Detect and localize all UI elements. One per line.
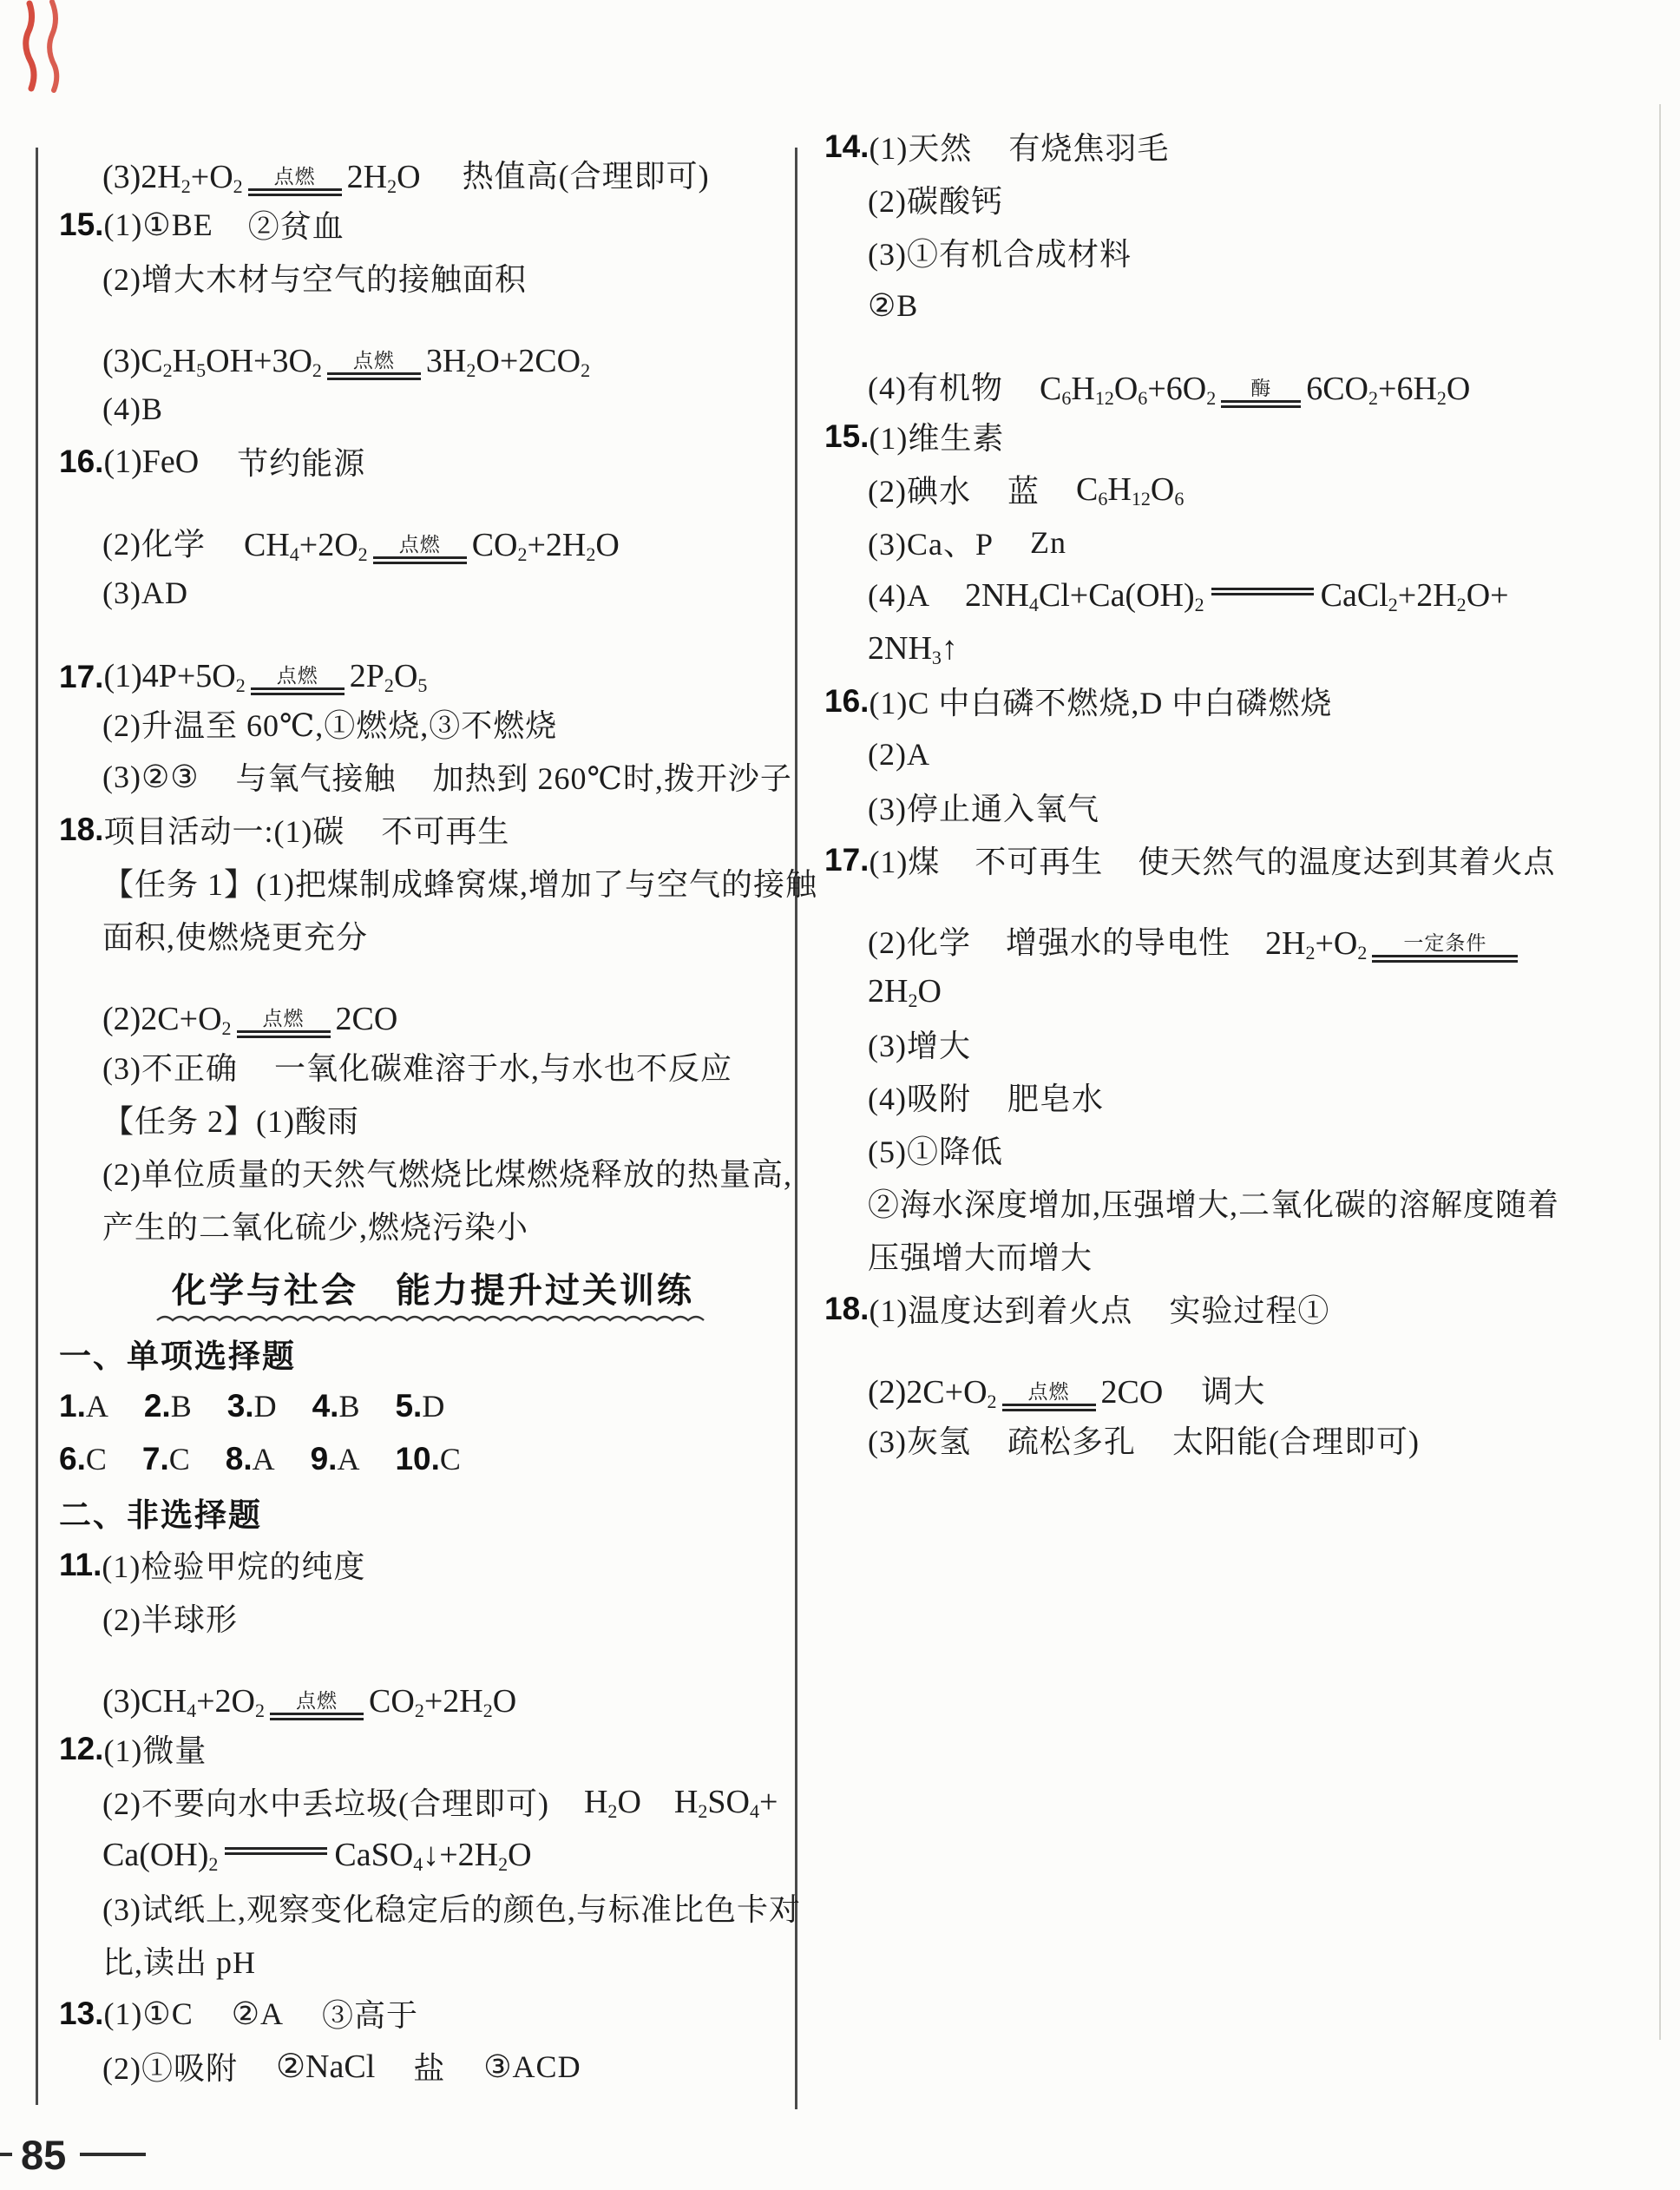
answer-line: (3)AD — [59, 566, 807, 619]
answer-line: 15.(1)①BE②贫血 — [59, 198, 807, 251]
reaction-condition-label: 点燃 — [274, 166, 316, 188]
answer-line: 17.(1)煤不可再生使天然气的温度达到其着火点 — [824, 833, 1657, 886]
answer-text: (2)单位质量的天然气燃烧比煤燃烧释放的热量高, — [102, 1150, 792, 1194]
answer-line: (2)增大木材与空气的接触面积 — [59, 251, 807, 304]
answer-text: (4)吸附 — [868, 1075, 971, 1119]
answer-text: 与氧气接触 — [236, 754, 397, 799]
equals-with-condition: 点燃 — [1002, 1381, 1096, 1411]
answer-line: (3)试纸上,观察变化稳定后的颜色,与标准比色卡对 — [59, 1881, 807, 1934]
answer-text: 肥皂水 — [1007, 1075, 1104, 1119]
chemical-formula: 2CO — [1101, 1373, 1164, 1411]
answer-text: 蓝 — [1007, 467, 1040, 511]
page-footer: 85 — [0, 2128, 146, 2180]
chemical-formula: ②NaCl — [276, 2047, 375, 2086]
answer-line: (2)不要向水中丢垃圾(合理即可)H2OH2SO4+ — [59, 1775, 807, 1828]
answer-line: ②B — [824, 279, 1657, 332]
chemical-formula: CaSO4↓+2H2O — [334, 1836, 531, 1874]
subscript: 5 — [196, 359, 206, 381]
reaction-condition-label: 一定条件 — [1403, 932, 1486, 955]
answer-text: 产生的二氧化硫少,燃烧污染小 — [102, 1203, 528, 1247]
reaction-condition-label: 酶 — [1250, 378, 1271, 400]
answer-line: (3)Ca、PZn — [824, 516, 1657, 569]
answer-line: (2)碘水蓝C6H12O6 — [824, 463, 1657, 516]
question-number: 10. — [395, 1441, 439, 1477]
answer-text: D — [254, 1388, 278, 1424]
reaction-condition-label: 点燃 — [353, 350, 395, 372]
page-edge-rule — [1659, 104, 1661, 2040]
question-number: 5. — [395, 1388, 422, 1424]
double-line-equals — [225, 1847, 327, 1855]
subscript: 6 — [1098, 488, 1107, 510]
double-line-equals — [1211, 588, 1314, 595]
subscript: 2 — [222, 1017, 232, 1039]
answer-text: (1)①C — [103, 1996, 193, 2032]
chemical-formula: (2)2C+O2 — [102, 1000, 232, 1038]
answer-text: ②B — [868, 287, 918, 324]
double-line-equals — [1372, 955, 1518, 963]
question-number: 8. — [226, 1441, 253, 1477]
subscript: 2 — [483, 1700, 493, 1721]
chemical-formula: 2H2O — [347, 158, 421, 196]
answer-line: 11.(1)检验甲烷的纯度 — [59, 1538, 807, 1591]
answer-text: 实验过程① — [1169, 1286, 1329, 1331]
reaction-condition-label: 点燃 — [277, 665, 318, 687]
left-column: (3)2H2+O2点燃2H2O热值高(合理即可)15.(1)①BE②贫血(2)增… — [59, 120, 807, 2093]
answer-text: ③ACD — [483, 2049, 581, 2085]
answer-text: 调大 — [1201, 1367, 1265, 1411]
answer-text: (4)B — [102, 391, 163, 427]
equals-with-condition — [225, 1847, 327, 1855]
answer-line: 13.(1)①C②A③高于 — [59, 1987, 807, 2040]
question-number: 3. — [227, 1388, 254, 1424]
answer-line: 【任务 1】(1)把煤制成蜂窝煤,增加了与空气的接触 — [59, 856, 807, 909]
equals-with-condition: 点燃 — [373, 534, 467, 564]
answer-line: (2)化学CH4+2O2点燃CO2+2H2O — [59, 488, 807, 566]
answer-line: (2)半球形 — [59, 1591, 807, 1644]
answer-text: (3)②③ — [102, 759, 200, 795]
double-line-equals — [251, 687, 345, 695]
answer-text: (2)化学 — [102, 520, 206, 564]
answer-text: (1)天然 — [869, 124, 972, 168]
section-label: 一、单项选择题 — [59, 1330, 296, 1377]
subscript: 2 — [358, 543, 368, 565]
chemical-formula: Ca(OH)2 — [102, 1836, 218, 1874]
answer-text: (3)增大 — [868, 1022, 971, 1066]
answer-text: (3)停止通入氧气 — [868, 785, 1099, 829]
answer-text: 压强增大而增大 — [868, 1233, 1093, 1278]
answer-line: (4)A2NH4Cl+Ca(OH)2CaCl2+2H2O+ — [824, 569, 1657, 621]
answer-line: (3)不正确一氧化碳难溶于水,与水也不反应 — [59, 1040, 807, 1093]
wavy-underline — [155, 1314, 711, 1326]
section-label: 二、非选择题 — [59, 1489, 262, 1536]
question-number: 9. — [311, 1441, 338, 1477]
subscript: 2 — [1388, 594, 1398, 615]
question-number: 18. — [824, 1291, 869, 1327]
subscript: 2 — [466, 359, 476, 381]
answer-text: C — [169, 1441, 191, 1477]
answer-line: 比,读出 pH — [59, 1934, 807, 1987]
equals-with-condition: 点燃 — [237, 1008, 331, 1038]
chemical-formula: 2NH3↑ — [868, 629, 958, 668]
answer-line: (2)2C+O2点燃2CO调大 — [824, 1335, 1657, 1413]
subscript: 2 — [581, 359, 590, 381]
chemical-formula: H2O — [584, 1783, 641, 1821]
chemical-formula: C6H12O6 — [1076, 470, 1184, 509]
answer-text: (2)化学 — [868, 918, 971, 963]
double-line-equals — [1221, 400, 1301, 408]
question-number: 16. — [59, 444, 103, 480]
answer-text: (4)有机物 — [868, 364, 1003, 408]
equals-with-condition: 点燃 — [270, 1690, 364, 1720]
chemical-formula: (1)4P+5O2 — [103, 657, 245, 695]
double-line-equals — [1002, 1404, 1096, 1411]
answer-text: 【任务 1】(1)把煤制成蜂窝煤,增加了与空气的接触 — [102, 860, 817, 904]
double-line-equals — [270, 1713, 364, 1720]
answer-text: (4)A — [868, 577, 930, 614]
answer-text: 【任务 2】(1)酸雨 — [102, 1097, 359, 1141]
subscript: 2 — [908, 990, 917, 1011]
answer-line: 18.项目活动一:(1)碳不可再生 — [59, 803, 807, 856]
answer-text: (2)碘水 — [868, 467, 971, 511]
answer-key-page: (3)2H2+O2点燃2H2O热值高(合理即可)15.(1)①BE②贫血(2)增… — [0, 0, 1680, 2190]
question-number: 12. — [59, 1731, 103, 1767]
subscript: 2 — [236, 674, 246, 696]
answer-text: (1)①BE — [103, 207, 213, 243]
answer-text: ②海水深度增加,压强增大,二氧化碳的溶解度随着 — [868, 1180, 1559, 1225]
answer-text: (2)碳酸钙 — [868, 177, 1003, 221]
subscript: 2 — [384, 674, 394, 696]
answer-text: C — [86, 1441, 108, 1477]
subscript: 4 — [290, 543, 299, 565]
chemical-formula: CH4+2O2 — [244, 526, 368, 564]
subscript: 2 — [181, 175, 191, 197]
answer-text: 面积,使燃烧更充分 — [102, 913, 368, 957]
answer-text: 疏松多孔 — [1007, 1417, 1136, 1462]
subscript: 4 — [1029, 594, 1039, 615]
answer-line: 17.(1)4P+5O2点燃2P2O5 — [59, 619, 807, 697]
chemical-formula: 6CO2+6H2O — [1306, 370, 1470, 408]
subscript: 2 — [1368, 387, 1378, 409]
left-margin-rule — [36, 148, 38, 2105]
chemical-formula: (3)CH4+2O2 — [102, 1682, 265, 1720]
answer-line: Ca(OH)2CaSO4↓+2H2O — [59, 1828, 807, 1881]
answer-line: (3)灰氢疏松多孔太阳能(合理即可) — [824, 1413, 1657, 1466]
answer-text: (3)AD — [102, 575, 188, 611]
answer-text: C — [440, 1441, 462, 1477]
answer-text: Zn — [1030, 524, 1066, 561]
question-number: 14. — [824, 128, 869, 165]
answer-text: (2)①吸附 — [102, 2044, 238, 2088]
page-number: 85 — [21, 2131, 66, 2179]
subscript: 2 — [517, 543, 527, 565]
subscript: 2 — [387, 175, 397, 197]
answer-text: (1)煤 — [869, 838, 940, 882]
chemical-formula: CO2+2H2O — [369, 1682, 516, 1720]
answer-line: (4)有机物C6H12O6+6O2酶6CO2+6H2O — [824, 332, 1657, 410]
answer-text: 比,读出 pH — [102, 1938, 256, 1983]
answer-line: 16.(1)FeO节约能源 — [59, 435, 807, 488]
answer-text: (2)半球形 — [102, 1595, 238, 1640]
subscript: 2 — [988, 1391, 997, 1412]
subscript: 2 — [698, 1800, 707, 1822]
answer-line: 16.(1)C 中白磷不燃烧,D 中白磷燃烧 — [824, 674, 1657, 727]
subscript: 2 — [586, 543, 595, 565]
reaction-condition-label: 点燃 — [399, 534, 441, 556]
answer-line: (4)B — [59, 382, 807, 435]
subscript: 4 — [413, 1853, 423, 1875]
answer-line: 【任务 2】(1)酸雨 — [59, 1093, 807, 1146]
answer-text: (1)检验甲烷的纯度 — [102, 1542, 365, 1587]
answer-line: (3)C2H5OH+3O2点燃3H2O+2CO2 — [59, 304, 807, 382]
answer-line: (3)CH4+2O2点燃CO2+2H2O — [59, 1644, 807, 1722]
subscript: 6 — [1138, 387, 1147, 409]
subscript: 5 — [417, 674, 427, 696]
question-number: 2. — [144, 1388, 171, 1424]
answer-text: 使天然气的温度达到其着火点 — [1138, 838, 1555, 882]
answer-line: (2)A — [824, 727, 1657, 780]
answer-text: (5)①降低 — [868, 1128, 1003, 1172]
answer-line: (3)①有机合成材料 — [824, 226, 1657, 279]
answer-line: (2)化学增强水的导电性2H2+O2一定条件 — [824, 886, 1657, 964]
subscript: 2 — [498, 1853, 508, 1875]
answer-text: A — [86, 1388, 109, 1424]
chemical-formula: 3H2O+2CO2 — [426, 342, 590, 380]
answer-line: (5)①降低 — [824, 1123, 1657, 1176]
subscript: 6 — [1061, 387, 1071, 409]
answer-text: 有烧焦羽毛 — [1008, 124, 1169, 168]
double-line-equals — [237, 1030, 331, 1038]
chemical-formula: (2)2C+O2 — [868, 1373, 997, 1411]
question-number: 7. — [142, 1441, 169, 1477]
double-line-equals — [373, 556, 467, 564]
section-heading: 化学与社会 能力提升过关训练 — [59, 1252, 807, 1326]
subscript: 4 — [750, 1800, 759, 1822]
subscript: 6 — [1174, 488, 1184, 510]
footer-dash-right — [80, 2153, 146, 2156]
answer-text: (3)试纸上,观察变化稳定后的颜色,与标准比色卡对 — [102, 1885, 801, 1930]
answer-text: (2)不要向水中丢垃圾(合理即可) — [102, 1779, 549, 1824]
chemical-formula: 2P2O5 — [350, 657, 428, 695]
subscript: 4 — [187, 1700, 196, 1721]
subscript: 2 — [1357, 942, 1367, 963]
answer-line: 一、单项选择题 — [59, 1326, 807, 1379]
chemical-formula: 2NH4Cl+Ca(OH)2 — [965, 576, 1204, 615]
answer-text: (3)不正确 — [102, 1044, 238, 1088]
answer-line: 15.(1)维生素 — [824, 410, 1657, 463]
subscript: 2 — [312, 359, 322, 381]
question-number: 4. — [312, 1388, 339, 1424]
right-column: 14.(1)天然有烧焦羽毛(2)碳酸钙(3)①有机合成材料②B(4)有机物C6H… — [824, 120, 1657, 1466]
answer-text: ②A — [232, 1996, 284, 2032]
answer-text: 加热到 260℃时,拨开沙子 — [433, 754, 792, 799]
question-number: 18. — [59, 812, 103, 848]
subscript: 2 — [163, 359, 173, 381]
subscript: 2 — [208, 1853, 218, 1875]
answer-text: 不可再生 — [381, 807, 509, 852]
chemical-formula: C6H12O6+6O2 — [1040, 370, 1216, 408]
reaction-condition-label: 点燃 — [296, 1690, 338, 1713]
answer-line: 产生的二氧化硫少,燃烧污染小 — [59, 1199, 807, 1252]
chemical-formula: CaCl2+2H2O+ — [1321, 576, 1509, 615]
double-line-equals — [327, 372, 421, 380]
red-pen-marks — [16, 0, 76, 122]
subscript: 2 — [255, 1700, 265, 1721]
answer-text: 一氧化碳难溶于水,与水也不反应 — [274, 1044, 732, 1088]
answer-line: 2NH3↑ — [824, 621, 1657, 674]
question-number: 17. — [824, 842, 869, 878]
answer-line: (3)②③与氧气接触加热到 260℃时,拨开沙子 — [59, 750, 807, 803]
question-number: 15. — [59, 207, 103, 243]
answer-text: (2)增大木材与空气的接触面积 — [102, 255, 527, 299]
subscript: 2 — [1457, 594, 1467, 615]
question-number: 15. — [824, 418, 869, 455]
answer-text: (3)Ca、P — [868, 520, 994, 564]
answer-line: 1.A2.B3.D4.B5.D — [59, 1379, 807, 1432]
answer-line: (2)2C+O2点燃2CO — [59, 962, 807, 1040]
question-number: 11. — [59, 1547, 102, 1583]
answer-text: 不可再生 — [975, 838, 1103, 882]
subscript: 2 — [1195, 594, 1204, 615]
answer-line: 12.(1)微量 — [59, 1722, 807, 1775]
equals-with-condition: 点燃 — [248, 166, 342, 196]
subscript: 2 — [1206, 387, 1216, 409]
answer-text: A — [253, 1441, 276, 1477]
subscript: 12 — [1132, 488, 1151, 510]
answer-line: 14.(1)天然有烧焦羽毛 — [824, 120, 1657, 173]
answer-text: 盐 — [413, 2044, 445, 2088]
section-heading-text: 化学与社会 能力提升过关训练 — [172, 1263, 694, 1312]
answer-line: 2H2O — [824, 964, 1657, 1017]
subscript: 3 — [932, 647, 942, 668]
answer-line: (3)增大 — [824, 1017, 1657, 1070]
answer-line: (2)碳酸钙 — [824, 173, 1657, 226]
answer-line: (2)①吸附②NaCl盐③ACD — [59, 2040, 807, 2093]
answer-text: 节约能源 — [237, 439, 365, 483]
question-number: 16. — [824, 683, 869, 720]
answer-text: (1)C 中白磷不燃烧,D 中白磷燃烧 — [869, 679, 1332, 723]
chemical-formula: H2SO4+ — [674, 1783, 778, 1821]
equals-with-condition — [1211, 588, 1314, 595]
answer-text: A — [337, 1441, 360, 1477]
answer-text: 太阳能(合理即可) — [1172, 1417, 1420, 1462]
answer-line: 6.C7.C8.A9.A10.C — [59, 1432, 807, 1485]
answer-text: 项目活动一:(1)碳 — [103, 807, 345, 852]
footer-dash-left — [0, 2153, 12, 2156]
answer-line: (3)停止通入氧气 — [824, 780, 1657, 833]
equals-with-condition: 点燃 — [251, 665, 345, 695]
equals-with-condition: 点燃 — [327, 350, 421, 380]
chemical-formula: (3)C2H5OH+3O2 — [102, 342, 322, 380]
chemical-formula: 2H2O — [868, 972, 942, 1010]
question-number: 6. — [59, 1441, 86, 1477]
answer-text: (1)温度达到着火点 — [869, 1286, 1132, 1331]
question-number: 13. — [59, 1996, 103, 2032]
answer-text: 增强水的导电性 — [1006, 918, 1230, 963]
subscript: 12 — [1095, 387, 1114, 409]
answer-line: 面积,使燃烧更充分 — [59, 909, 807, 962]
chemical-formula: CO2+2H2O — [472, 526, 620, 564]
answer-line: (3)2H2+O2点燃2H2O热值高(合理即可) — [59, 120, 807, 198]
subscript: 2 — [607, 1800, 617, 1822]
subscript: 2 — [415, 1700, 424, 1721]
chemical-formula: 2H2+O2 — [1265, 924, 1367, 963]
answer-text: (3)①有机合成材料 — [868, 230, 1132, 274]
answer-line: (2)单位质量的天然气燃烧比煤燃烧释放的热量高, — [59, 1146, 807, 1199]
chemical-formula: 2CO — [336, 1000, 398, 1038]
answer-line: ②海水深度增加,压强增大,二氧化碳的溶解度随着 — [824, 1176, 1657, 1229]
answer-text: D — [422, 1388, 445, 1424]
answer-text: 热值高(合理即可) — [463, 152, 710, 196]
question-number: 17. — [59, 659, 103, 695]
question-number: 1. — [59, 1388, 86, 1424]
answer-text: ③高于 — [322, 1991, 418, 2035]
answer-line: (2)升温至 60℃,①燃烧,③不燃烧 — [59, 697, 807, 750]
equals-with-condition: 一定条件 — [1372, 932, 1518, 963]
answer-text: (1)微量 — [103, 1726, 207, 1771]
answer-line: 18.(1)温度达到着火点实验过程① — [824, 1282, 1657, 1335]
chemical-formula: (3)2H2+O2 — [102, 158, 243, 196]
subscript: 2 — [233, 175, 243, 197]
answer-text: B — [338, 1388, 360, 1424]
answer-text: (2)升温至 60℃,①燃烧,③不燃烧 — [102, 701, 557, 746]
answer-line: 压强增大而增大 — [824, 1229, 1657, 1282]
subscript: 2 — [1305, 942, 1315, 963]
reaction-condition-label: 点燃 — [1028, 1381, 1070, 1404]
answer-text: ②贫血 — [248, 202, 345, 247]
answer-line: (4)吸附肥皂水 — [824, 1070, 1657, 1123]
answer-text: B — [171, 1388, 193, 1424]
reaction-condition-label: 点燃 — [263, 1008, 305, 1030]
chemical-formula: (1)FeO — [103, 443, 199, 481]
answer-text: (2)A — [868, 736, 930, 773]
double-line-equals — [248, 188, 342, 196]
subscript: 2 — [1437, 387, 1447, 409]
answer-text: (3)灰氢 — [868, 1417, 971, 1462]
answer-line: 二、非选择题 — [59, 1485, 807, 1538]
answer-text: (1)维生素 — [869, 414, 1004, 458]
equals-with-condition: 酶 — [1221, 378, 1301, 408]
